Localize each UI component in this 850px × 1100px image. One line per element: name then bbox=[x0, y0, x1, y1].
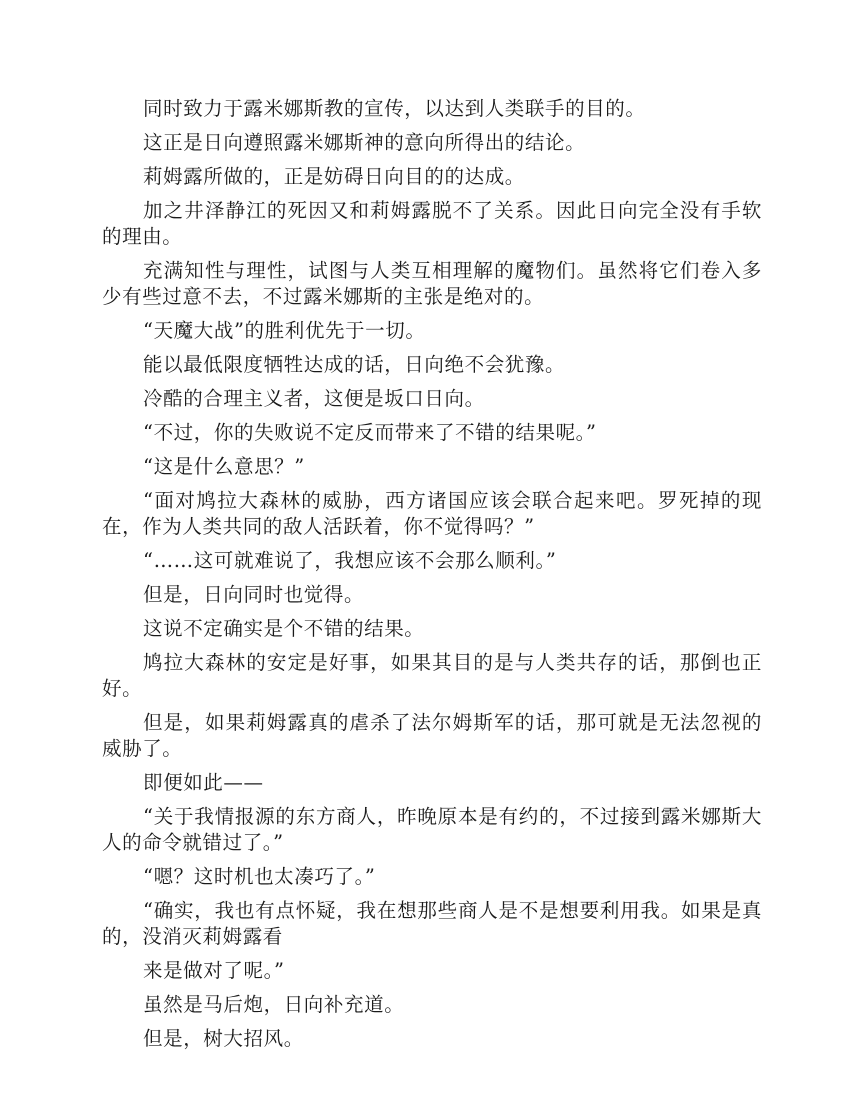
paragraph: 冷酷的合理主义者，这便是坂口日向。 bbox=[102, 386, 762, 412]
paragraph: 虽然是马后炮，日向补充道。 bbox=[102, 992, 762, 1018]
paragraph: 这说不定确实是个不错的结果。 bbox=[102, 616, 762, 642]
paragraph: 充满知性与理性，试图与人类互相理解的魔物们。虽然将它们卷入多少有些过意不去，不过… bbox=[102, 258, 762, 310]
paragraph: 来是做对了呢。” bbox=[102, 958, 762, 984]
paragraph: 同时致力于露米娜斯教的宣传，以达到人类联手的目的。 bbox=[102, 96, 762, 122]
paragraph: 但是，如果莉姆露真的虐杀了法尔姆斯军的话，那可就是无法忽视的威胁了。 bbox=[102, 710, 762, 762]
paragraph: “关于我情报源的东方商人，昨晚原本是有约的，不过接到露米娜斯大人的命令就错过了。… bbox=[102, 804, 762, 856]
paragraph: 莉姆露所做的，正是妨碍日向目的的达成。 bbox=[102, 164, 762, 190]
paragraph: 但是，树大招风。 bbox=[102, 1026, 762, 1052]
paragraph: 加之井泽静江的死因又和莉姆露脱不了关系。因此日向完全没有手软的理由。 bbox=[102, 198, 762, 250]
paragraph: 鸠拉大森林的安定是好事，如果其目的是与人类共存的话，那倒也正好。 bbox=[102, 650, 762, 702]
document-page: 同时致力于露米娜斯教的宣传，以达到人类联手的目的。 这正是日向遵照露米娜斯神的意… bbox=[102, 96, 762, 1060]
paragraph: 即便如此—— bbox=[102, 770, 762, 796]
paragraph: “……这可就难说了，我想应该不会那么顺利。” bbox=[102, 548, 762, 574]
paragraph: “天魔大战”的胜利优先于一切。 bbox=[102, 318, 762, 344]
paragraph: “确实，我也有点怀疑，我在想那些商人是不是想要利用我。如果是真的，没消灭莉姆露看 bbox=[102, 898, 762, 950]
paragraph: “这是什么意思？” bbox=[102, 454, 762, 480]
paragraph: 但是，日向同时也觉得。 bbox=[102, 582, 762, 608]
paragraph: “嗯？这时机也太凑巧了。” bbox=[102, 864, 762, 890]
paragraph: “不过，你的失败说不定反而带来了不错的结果呢。” bbox=[102, 420, 762, 446]
paragraph: 能以最低限度牺牲达成的话，日向绝不会犹豫。 bbox=[102, 352, 762, 378]
paragraph: “面对鸠拉大森林的威胁，西方诸国应该会联合起来吧。罗死掉的现在，作为人类共同的敌… bbox=[102, 488, 762, 540]
paragraph: 这正是日向遵照露米娜斯神的意向所得出的结论。 bbox=[102, 130, 762, 156]
